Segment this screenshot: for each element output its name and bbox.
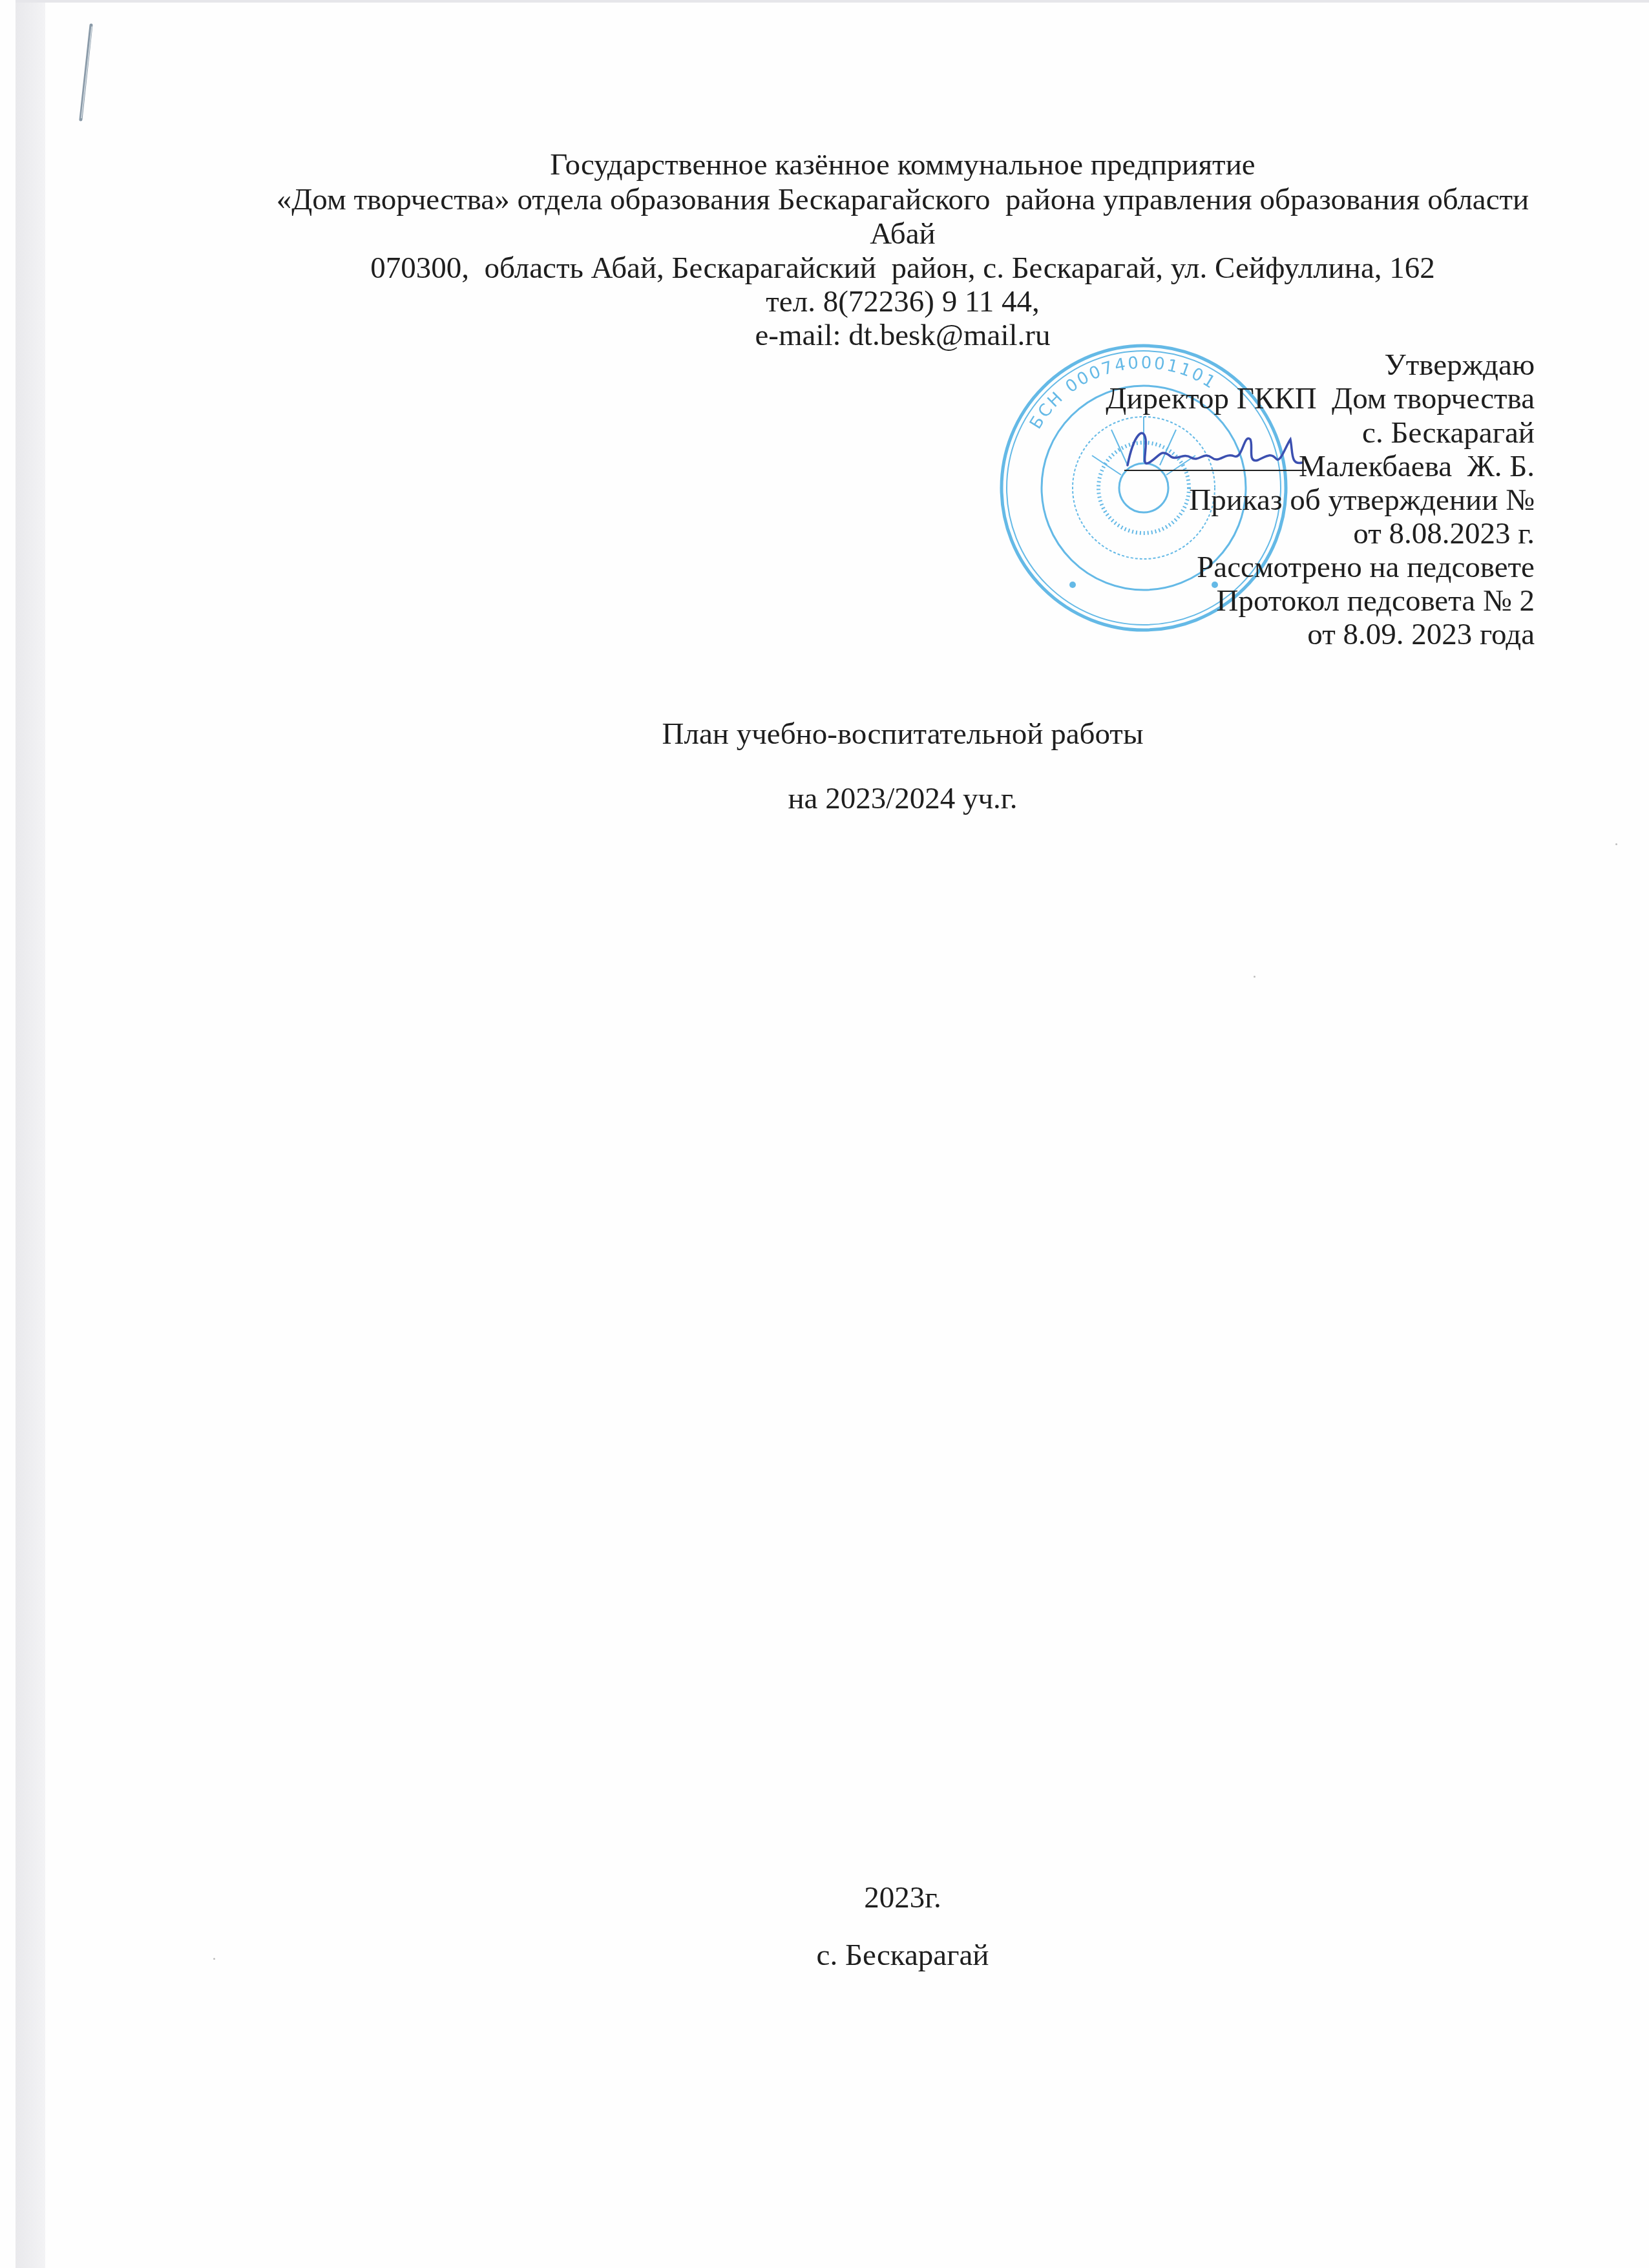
staple-mark [74, 23, 100, 126]
header-region: Абай [0, 219, 1649, 249]
header-phone: тел. 8(72236) 9 11 44, [0, 287, 1649, 317]
approval-order: Приказ об утверждении № [1189, 485, 1535, 516]
scan-top-edge [16, 0, 1649, 3]
scan-speck [213, 1958, 215, 1960]
header-email: e-mail: dt.besk@mail.ru [0, 320, 1649, 351]
approval-order-date: от 8.08.2023 г. [1353, 519, 1535, 549]
scan-speck [1615, 843, 1617, 845]
header-org-type: Государственное казённое коммунальное пр… [0, 150, 1649, 180]
approval-protocol-date: от 8.09. 2023 года [1307, 620, 1535, 650]
approval-reviewed: Рассмотрено на педсовете [1197, 552, 1535, 583]
footer-year: 2023г. [0, 1883, 1649, 1913]
document-period: на 2023/2024 уч.г. [0, 784, 1649, 814]
approval-approve: Утверждаю [1385, 350, 1535, 381]
scan-speck [1254, 976, 1255, 978]
footer-place: с. Бескарагай [0, 1940, 1649, 1971]
approval-signatory: Малекбаева Ж. Б. [1299, 452, 1535, 482]
header-org-name: «Дом творчества» отдела образования Беск… [0, 185, 1649, 215]
approval-protocol: Протокол педсовета № 2 [1216, 586, 1535, 616]
signature-line [1124, 470, 1307, 471]
document-title: План учебно-воспитательной работы [0, 719, 1649, 750]
header-address: 070300, область Абай, Бескарагайский рай… [0, 253, 1649, 284]
approval-position: Директор ГККП Дом творчества [1106, 384, 1535, 414]
approval-village: с. Бескарагай [1362, 418, 1535, 448]
